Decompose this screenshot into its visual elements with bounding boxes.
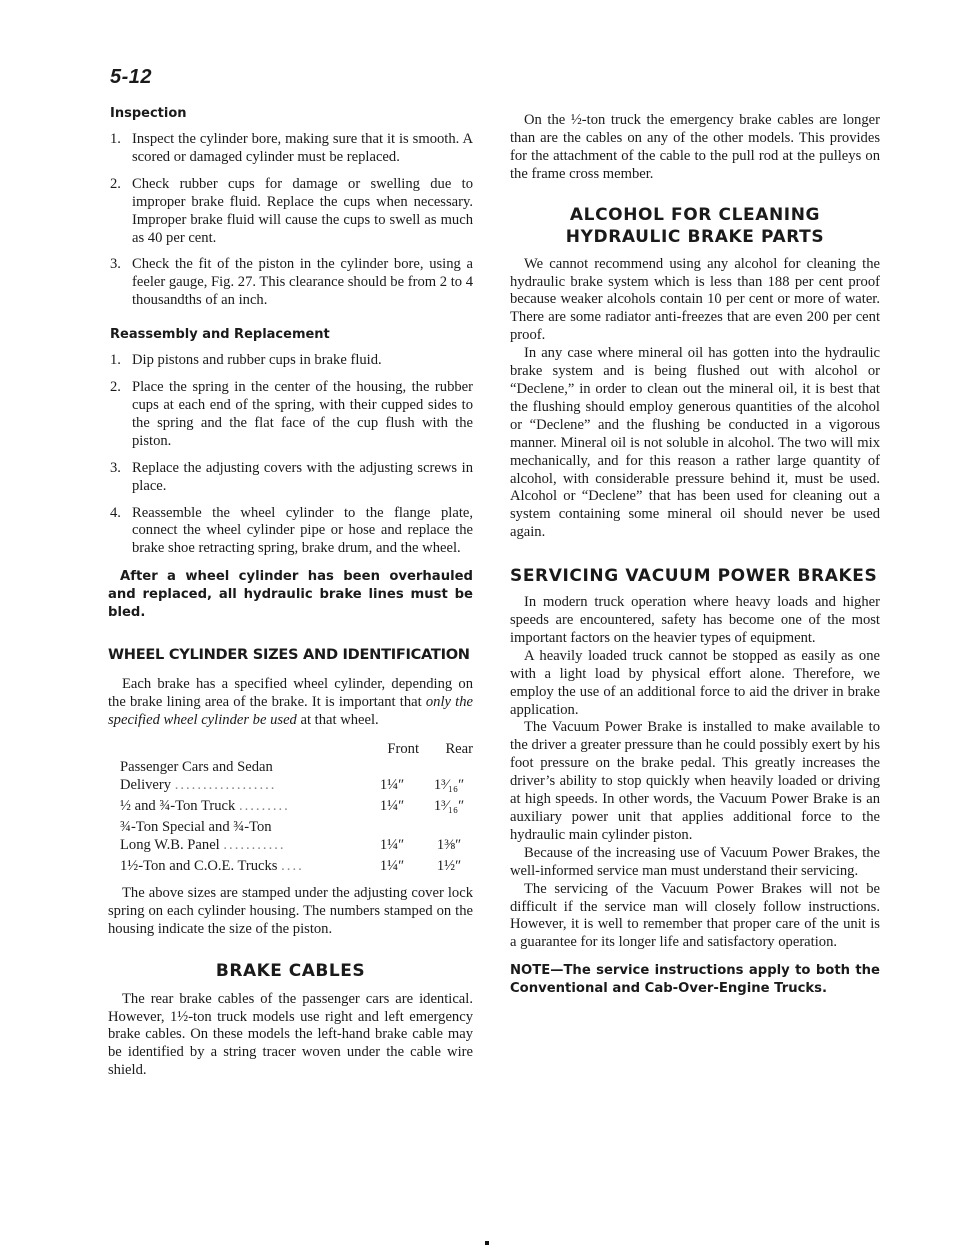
- reassembly-step: 1.Dip pistons and rubber cups in brake f…: [108, 352, 473, 370]
- brake-cables-heading: BRAKE CABLES: [108, 961, 473, 981]
- reassembly-step: 4.Reassemble the wheel cylinder to the f…: [108, 505, 473, 559]
- table-row: Passenger Cars and Sedan Delivery ......…: [108, 758, 473, 794]
- wheel-cylinder-heading: WHEEL CYLINDER SIZES AND IDENTIFICATION: [108, 646, 473, 663]
- brake-cables-text: The rear brake cables of the passenger c…: [108, 991, 473, 1081]
- inspection-step: 2.Check rubber cups for damage or swelli…: [108, 176, 473, 248]
- reassembly-step: 3.Replace the adjusting covers with the …: [108, 460, 473, 496]
- alcohol-heading: ALCOHOL FOR CLEANING HYDRAULIC BRAKE PAR…: [510, 204, 880, 248]
- table-row: 1½-Ton and C.O.E. Trucks .... 1¼″ 1½″: [108, 857, 473, 875]
- vacuum-paragraph: In modern truck operation where heavy lo…: [510, 594, 880, 648]
- alcohol-paragraph: In any case where mineral oil has gotten…: [510, 345, 880, 542]
- table-row: ¾-Ton Special and ¾-Ton Long W.B. Panel …: [108, 818, 473, 854]
- reassembly-steps: 1.Dip pistons and rubber cups in brake f…: [108, 352, 473, 558]
- table-row: ½ and ¾-Ton Truck ......... 1¼″ 1³⁄₁₆″: [108, 797, 473, 815]
- vacuum-note: NOTE—The service instructions apply to b…: [510, 962, 880, 998]
- reassembly-heading: Reassembly and Replacement: [110, 327, 473, 342]
- vacuum-paragraph: A heavily loaded truck cannot be stopped…: [510, 648, 880, 720]
- inspection-heading: Inspection: [110, 106, 473, 121]
- inspection-step: 3.Check the fit of the piston in the cyl…: [108, 256, 473, 310]
- column-header-rear: Rear: [425, 740, 473, 758]
- inspection-steps: 1.Inspect the cylinder bore, making sure…: [108, 131, 473, 310]
- vacuum-paragraph: Because of the increasing use of Vacuum …: [510, 845, 880, 881]
- reassembly-step: 2.Place the spring in the center of the …: [108, 379, 473, 451]
- inspection-step: 1.Inspect the cylinder bore, making sure…: [108, 131, 473, 167]
- half-ton-cables-text: On the ½-ton truck the emergency brake c…: [510, 112, 880, 184]
- scan-speck: [485, 1241, 489, 1245]
- page-number: 5-12: [110, 66, 152, 89]
- vacuum-paragraph: The servicing of the Vacuum Power Brakes…: [510, 881, 880, 953]
- vacuum-paragraph: The Vacuum Power Brake is installed to m…: [510, 719, 880, 844]
- vacuum-brakes-heading: SERVICING VACUUM POWER BRAKES: [510, 566, 880, 586]
- wheel-cylinder-intro: Each brake has a specified wheel cylinde…: [108, 676, 473, 730]
- alcohol-paragraph: We cannot recommend using any alcohol fo…: [510, 256, 880, 346]
- wheel-cylinder-size-table: Front Rear Passenger Cars and Sedan Deli…: [108, 740, 473, 875]
- bleed-lines-note: After a wheel cylinder has been overhaul…: [108, 568, 473, 622]
- right-column: On the ½-ton truck the emergency brake c…: [510, 112, 880, 998]
- left-column: Inspection 1.Inspect the cylinder bore, …: [108, 106, 473, 1080]
- column-header-front: Front: [359, 740, 425, 758]
- stamped-sizes-note: The above sizes are stamped under the ad…: [108, 885, 473, 939]
- table-header-row: Front Rear: [108, 740, 473, 758]
